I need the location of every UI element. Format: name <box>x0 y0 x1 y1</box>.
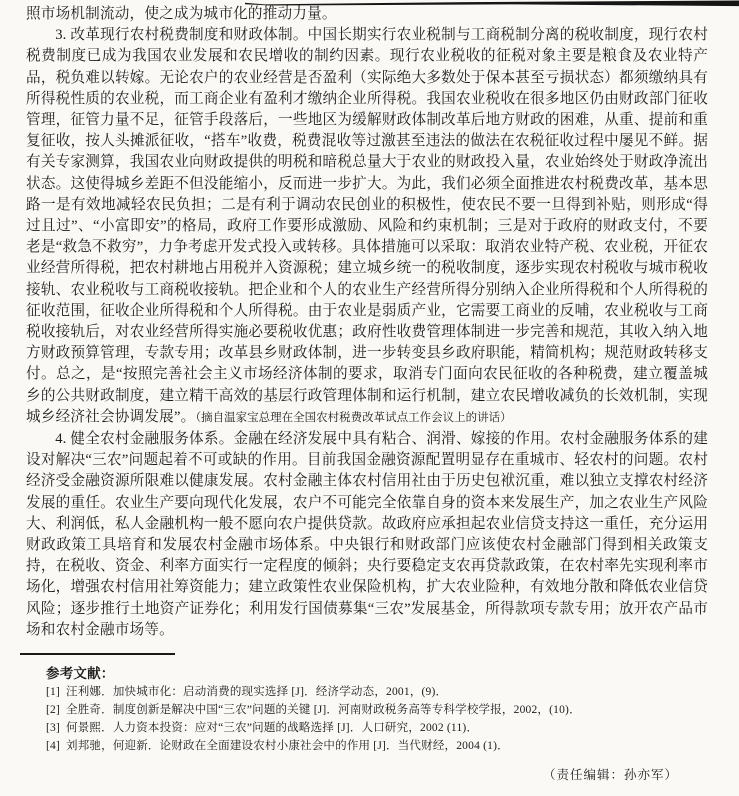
reference-1-text: 汪利娜．加快城市化：启动消费的现实选择 [J]．经济学动态，2001，(9)． <box>66 686 447 698</box>
paragraph-3: 3. 改革现行农村税费制度和财政体制。中国长期实行农业税制与工商税制分离的税收制… <box>26 25 708 429</box>
reference-item-3: [3]何景熙．人力资本投资：应对“三农”问题的战略选择 [J]．人口研究，200… <box>46 719 708 737</box>
body-text: 照市场机制流动，使之成为城市化的推动力量。 3. 改革现行农村税费制度和财政体制… <box>26 4 708 786</box>
reference-2-index: [2] <box>46 704 60 716</box>
references-section: 参考文献： [1]汪利娜．加快城市化：启动消费的现实选择 [J]．经济学动态，2… <box>26 665 708 755</box>
reference-3-index: [3] <box>46 722 60 734</box>
references-divider <box>20 653 175 655</box>
references-heading: 参考文献： <box>46 665 708 683</box>
document-page: 照市场机制流动，使之成为城市化的推动力量。 3. 改革现行农村税费制度和财政体制… <box>0 0 739 796</box>
reference-item-2: [2]全胜奇．制度创新是解决中国“三农”问题的关键 [J]．河南财政税务高等专科… <box>46 701 708 719</box>
paragraph-4: 4. 健全农村金融服务体系。金融在经济发展中具有粘合、润滑、嫁接的作用。农村金融… <box>26 429 708 641</box>
reference-3-text: 何景熙．人力资本投资：应对“三农”问题的战略选择 [J]．人口研究，2002 (… <box>66 722 478 734</box>
intro-continuation-line: 照市场机制流动，使之成为城市化的推动力量。 <box>26 4 708 25</box>
reference-2-text: 全胜奇．制度创新是解决中国“三农”问题的关键 [J]．河南财政税务高等专科学校学… <box>66 704 581 716</box>
quote-source-note: （摘自温家宝总理在全国农村税费改革试点工作会议上的讲话） <box>195 412 511 424</box>
reference-item-4: [4]刘邦驰，何迎新．论财政在全面建设农村小康社会中的作用 [J]．当代财经，2… <box>46 737 708 755</box>
reference-1-index: [1] <box>46 686 60 698</box>
reference-4-text: 刘邦驰，何迎新．论财政在全面建设农村小康社会中的作用 [J]．当代财经，2004… <box>66 740 509 752</box>
paragraph-3-text: 3. 改革现行农村税费制度和财政体制。中国长期实行农业税制与工商税制分离的税收制… <box>26 27 708 425</box>
reference-item-1: [1]汪利娜．加快城市化：启动消费的现实选择 [J]．经济学动态，2001，(9… <box>46 683 708 701</box>
editor-note: （责任编辑：孙亦军） <box>26 765 708 786</box>
paragraph-4-text: 4. 健全农村金融服务体系。金融在经济发展中具有粘合、润滑、嫁接的作用。农村金融… <box>26 431 708 638</box>
reference-4-index: [4] <box>46 740 60 752</box>
